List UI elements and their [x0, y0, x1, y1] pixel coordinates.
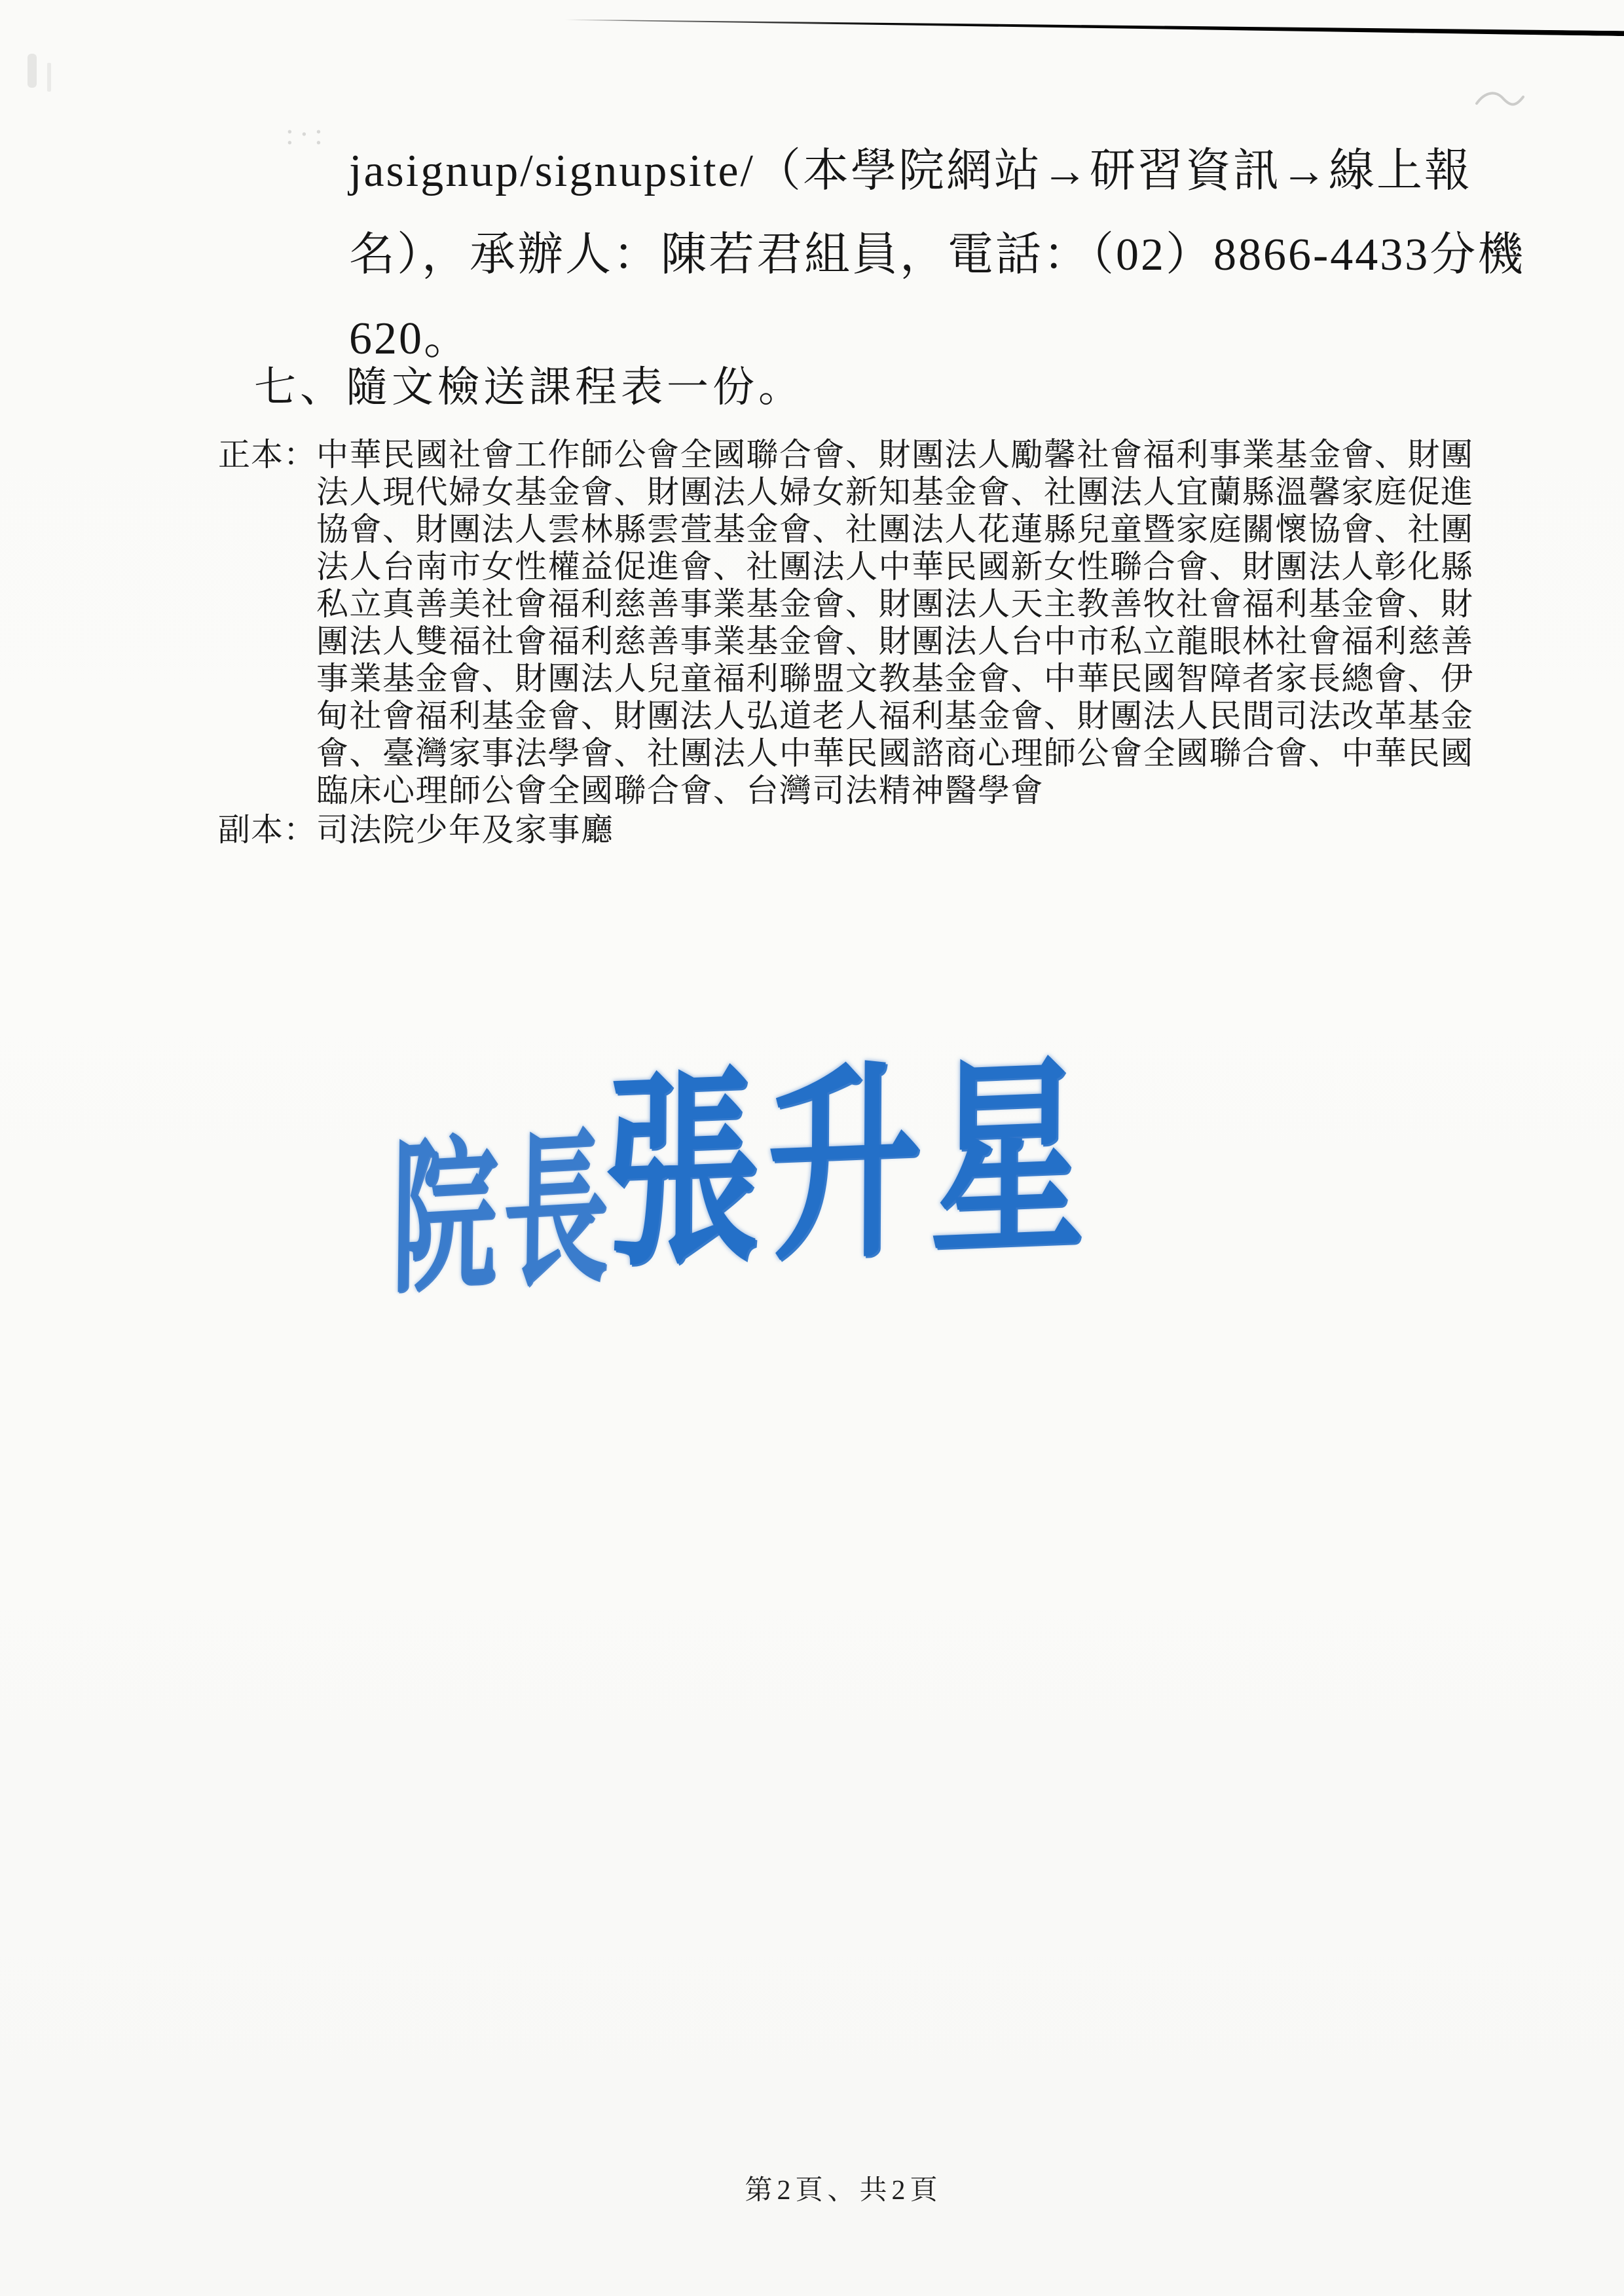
- scan-edge-speck-artifact: [28, 54, 37, 88]
- cc-recipients-label: 副本：: [218, 811, 316, 848]
- body-paragraph: jasignup/signupsite/（本學院網站→研習資訊→線上報 名），承…: [349, 130, 1528, 381]
- scan-speck-artifact: :·:: [286, 117, 328, 151]
- original-recipients-label: 正本：: [218, 436, 316, 473]
- recipient-line: 甸社會福利基金會、財團法人弘道老人福利基金會、財團法人民間司法改革基金: [316, 697, 1528, 735]
- recipient-line: 協會、財團法人雲林縣雲萱基金會、社團法人花蓮縣兒童暨家庭關懷協會、社團: [316, 511, 1528, 548]
- recipient-line: 中華民國社會工作師公會全國聯合會、財團法人勵馨社會福利事業基金會、財團: [316, 436, 1528, 473]
- body-line: 名），承辦人：陳若君組員，電話：（02）8866-4433分機: [349, 213, 1528, 297]
- body-line: jasignup/signupsite/（本學院網站→研習資訊→線上報: [349, 130, 1528, 213]
- signature-name: 張升星: [604, 989, 1094, 1306]
- scan-streak-artifact: [564, 17, 1624, 36]
- list-item-seven: 七、隨文檢送課程表一份。: [254, 354, 804, 414]
- page-footer: 第2頁、共2頁: [745, 2168, 942, 2208]
- original-recipients-lines: 中華民國社會工作師公會全國聯合會、財團法人勵馨社會福利事業基金會、財團 法人現代…: [316, 436, 1528, 809]
- recipient-line: 事業基金會、財團法人兒童福利聯盟文教基金會、中華民國智障者家長總會、伊: [316, 660, 1528, 697]
- signature-title: 院長: [390, 1076, 616, 1325]
- recipient-line: 團法人雙福社會福利慈善事業基金會、財團法人台中市私立龍眼林社會福利慈善: [316, 623, 1528, 660]
- recipient-line: 臨床心理師公會全國聯合會、台灣司法精神醫學會: [316, 772, 1528, 809]
- cc-recipients-row: 副本： 司法院少年及家事廳: [218, 811, 1528, 848]
- scanned-document-page: :·: jasignup/signupsite/（本學院網站→研習資訊→線上報 …: [0, 0, 1624, 2296]
- recipients-block: 正本： 中華民國社會工作師公會全國聯合會、財團法人勵馨社會福利事業基金會、財團 …: [218, 436, 1528, 848]
- cc-recipients-text: 司法院少年及家事廳: [316, 811, 614, 848]
- original-recipients-row: 正本： 中華民國社會工作師公會全國聯合會、財團法人勵馨社會福利事業基金會、財團 …: [218, 436, 1528, 809]
- recipient-line: 法人現代婦女基金會、財團法人婦女新知基金會、社團法人宜蘭縣溫馨家庭促進: [316, 473, 1528, 511]
- recipient-line: 會、臺灣家事法學會、社團法人中華民國諮商心理師公會全國聯合會、中華民國: [316, 735, 1528, 772]
- recipient-line: 私立真善美社會福利慈善事業基金會、財團法人天主教善牧社會福利基金會、財: [316, 585, 1528, 623]
- recipient-line: 法人台南市女性權益促進會、社團法人中華民國新女性聯合會、財團法人彰化縣: [316, 548, 1528, 585]
- scan-smudge-artifact: [1475, 88, 1526, 111]
